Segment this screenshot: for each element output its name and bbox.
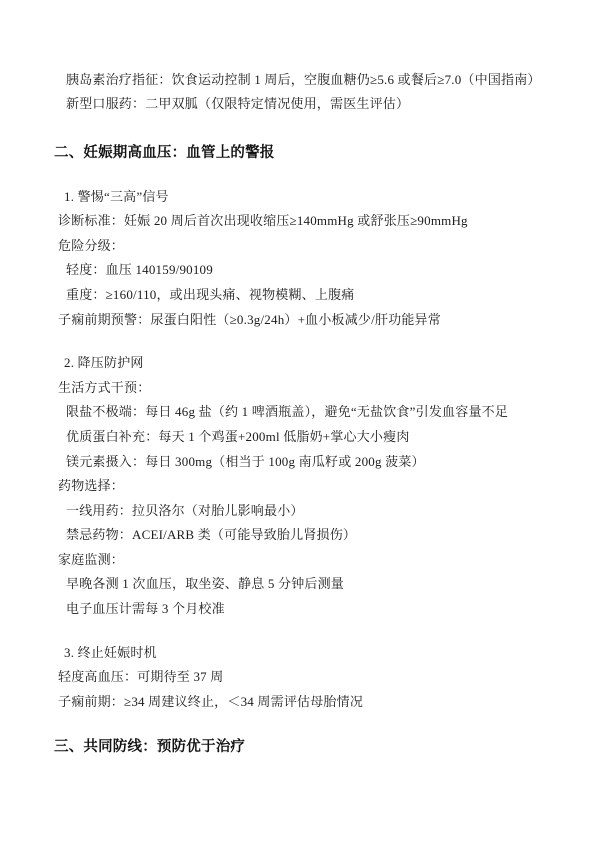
doc-line-diagnosis-standard: 诊断标准：妊娠 20 周后首次出现收缩压≥140mmHg 或舒张压≥90mmHg [0, 207, 595, 232]
doc-line-preeclampsia-termination: 子痫前期：≥34 周建议终止，＜34 周需评估母胎情况 [0, 688, 595, 713]
numbered-item-three-high-signals: 1. 警惕“三高”信号 [0, 183, 595, 208]
doc-line-home-monitoring: 家庭监测： [0, 546, 595, 571]
doc-line-contraindicated-drugs: 禁忌药物：ACEI/ARB 类（可能导致胎儿肾损伤） [0, 522, 595, 547]
numbered-item-pregnancy-termination: 3. 终止妊娠时机 [0, 639, 595, 664]
doc-line-salt-limit: 限盐不极端：每日 46g 盐（约 1 啤酒瓶盖），避免“无盐饮食”引发血容量不足 [0, 399, 595, 424]
doc-line-first-line-drug: 一线用药：拉贝洛尔（对胎儿影响最小） [0, 497, 595, 522]
doc-line-drug-selection: 药物选择： [0, 472, 595, 497]
doc-line-lifestyle-intervention: 生活方式干预： [0, 374, 595, 399]
doc-line-bp-measurement: 早晚各测 1 次血压，取坐姿、静息 5 分钟后测量 [0, 571, 595, 596]
doc-line-oral-medication: 新型口服药：二甲双胍（仅限特定情况使用，需医生评估） [0, 91, 595, 116]
numbered-item-bp-protection-net: 2. 降压防护网 [0, 349, 595, 374]
document-page: 胰岛素治疗指征：饮食运动控制 1 周后，空腹血糖仍≥5.6 或餐后≥7.0（中国… [0, 0, 595, 841]
doc-line-risk-grading: 危险分级： [0, 232, 595, 257]
doc-line-severe-bp: 重度：≥160/110，或出现头痛、视物模糊、上腹痛 [0, 281, 595, 306]
doc-line-mild-hypertension-wait: 轻度高血压：可期待至 37 周 [0, 663, 595, 688]
doc-line-preeclampsia-warning: 子痫前期预警：尿蛋白阳性（≥0.3g/24h）+血小板减少/肝功能异常 [0, 306, 595, 331]
section-heading-joint-defense: 三、共同防线：预防优于治疗 [0, 734, 595, 759]
doc-line-mild-bp: 轻度：血压 140159/90109 [0, 257, 595, 282]
doc-line-monitor-calibration: 电子血压计需每 3 个月校准 [0, 595, 595, 620]
doc-line-insulin-indication: 胰岛素治疗指征：饮食运动控制 1 周后，空腹血糖仍≥5.6 或餐后≥7.0（中国… [0, 66, 595, 91]
doc-line-magnesium-intake: 镁元素摄入：每日 300mg（相当于 100g 南瓜籽或 200g 菠菜） [0, 448, 595, 473]
doc-line-protein-supplement: 优质蛋白补充：每天 1 个鸡蛋+200ml 低脂奶+掌心大小瘦肉 [0, 423, 595, 448]
section-heading-hypertension: 二、妊娠期高血压：血管上的警报 [0, 139, 595, 164]
